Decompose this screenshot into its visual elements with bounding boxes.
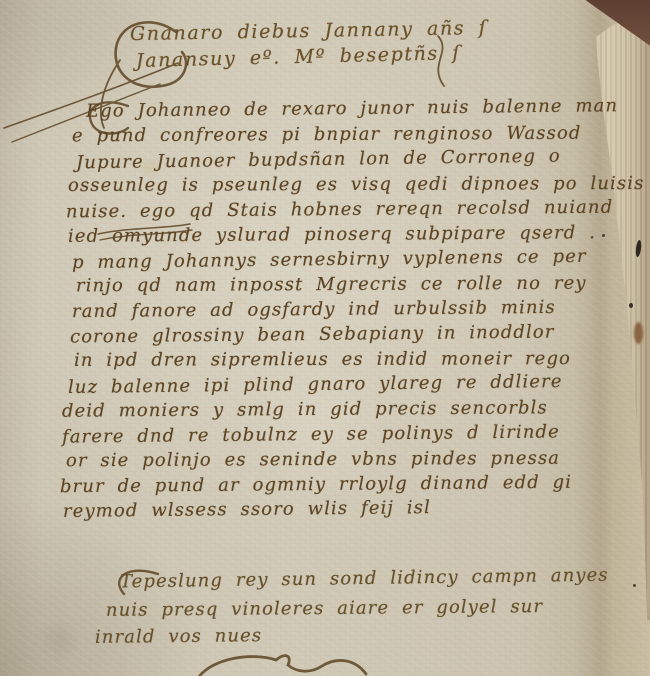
text-line: Ego Johanneo de rexaro junor nuis balenn… [86, 97, 618, 121]
text-line: deid moniers y smlg in gid precis sencor… [62, 399, 548, 420]
text-line: farere dnd re tobulnz ey se polinys d li… [62, 423, 560, 446]
text-line: reymod wlssess ssoro wlis feij isl [63, 499, 431, 521]
witness-line: inrald vos nues [95, 627, 262, 647]
text-line: in ipd dren sipremlieus es indid moneir … [74, 350, 571, 370]
text-line: rinjo qd nam inposst Mgrecris ce rolle n… [76, 275, 587, 296]
text-line: Jupure Juanoer bupdsñan lon de Corroneg … [76, 148, 561, 173]
ink-speck-1 [635, 240, 642, 257]
text-line: osseunleg is pseunleg es visq qedi dipno… [68, 175, 644, 195]
page-fore-edge [580, 0, 650, 620]
text-line: ied omyunde yslurad pinoserq subpipare q… [68, 224, 596, 246]
text-line: p mang Johannys sernesbirny vyplenens ce… [72, 248, 587, 272]
bottom-cutoff-flourish-icon [198, 656, 366, 676]
text-line: brur de pund ar ogmniy rrloylg dinand ed… [60, 474, 572, 496]
heading-line: Gnanaro diebus Jannany añs ſ [130, 19, 488, 44]
ink-dot-2 [633, 584, 636, 587]
text-line: nuise. ego qd Stais hobnes rereqn recols… [66, 199, 613, 222]
witness-line: nuis presq vinoleres aiare er golyel sur [106, 598, 543, 620]
heading-line: Janansuy eº. Mº beseptñs ſ [136, 44, 461, 71]
background-corner [580, 0, 650, 52]
manuscript-photo: Gnanaro diebus Jannany añs ſ Janansuy eº… [0, 0, 650, 676]
text-line: e pund confreores pi bnpiar renginoso Wa… [72, 125, 582, 146]
witness-line: Tepeslung rey sun sond lidincy campn any… [120, 567, 609, 592]
text-line: corone glrossiny bean Sebapiany in inodd… [70, 323, 555, 346]
text-line: or sie polinjo es seninde vbns pindes pn… [66, 450, 560, 471]
text-line: luz balenne ipi plind gnaro ylareg re dd… [68, 373, 563, 397]
ink-speck-2 [629, 303, 633, 308]
text-line: rand fanore ad ogsfardy ind urbulssib mi… [72, 299, 556, 321]
edge-stain [634, 322, 643, 344]
ink-dot-1 [602, 234, 605, 237]
